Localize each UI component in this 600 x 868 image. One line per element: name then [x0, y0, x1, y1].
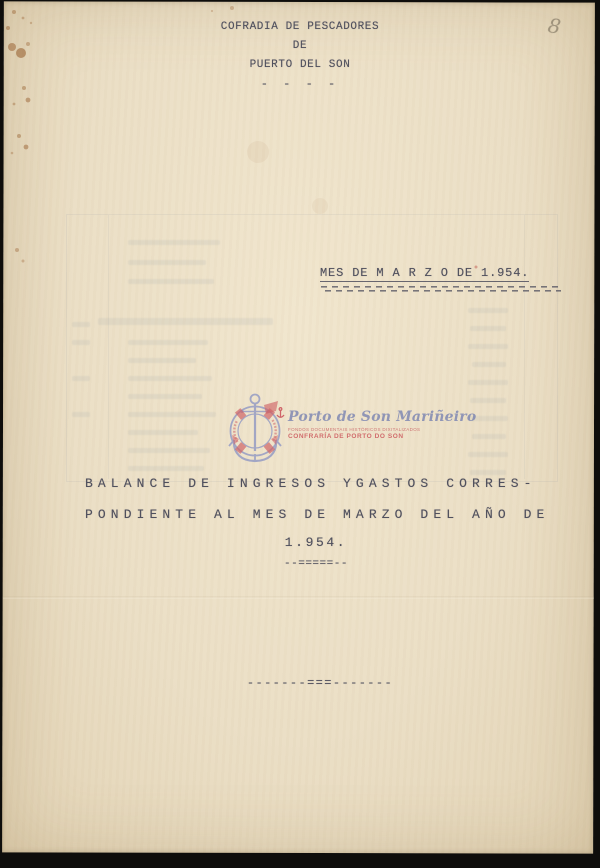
month-heading-text: MES DE M A R Z O DE 1.954.: [320, 266, 529, 282]
letterhead-separator: - - - -: [150, 75, 450, 94]
letterhead-org-line3: PUERTO DEL SON: [150, 56, 450, 75]
balance-title-block: BALANCE DE INGRESOS YGASTOS CORRES- POND…: [85, 468, 547, 572]
letterhead: COFRADIA DE PESCADORES DE PUERTO DEL SON…: [150, 18, 450, 94]
letterhead-org-line2: DE: [150, 37, 450, 56]
month-heading-double-underline: [321, 286, 561, 292]
stamp-anchor-icon: [276, 407, 285, 420]
stamp-archive-name: Porto de Son Mariñeiro: [288, 409, 468, 425]
archive-watermark-stamp: Porto de Son Mariñeiro FONDOS DOCUMENTAI…: [222, 391, 472, 467]
stamp-org-name: CONFRARÍA DE PORTO DO SON: [288, 433, 468, 440]
stamp-tagline: FONDOS DOCUMENTAIS HISTÓRICOS DIXITALIZA…: [288, 427, 468, 432]
anchor-lifering-emblem-icon: [222, 391, 288, 465]
balance-title-line2: PONDIENTE AL MES DE MARZO DEL AÑO DE: [85, 499, 547, 530]
footer-flourish: -------===-------: [170, 676, 470, 690]
month-heading: MES DE M A R Z O DE 1.954.: [320, 266, 529, 282]
balance-title-line1: BALANCE DE INGRESOS YGASTOS CORRES-: [85, 468, 547, 499]
balance-title-year: 1.954.: [85, 530, 547, 556]
balance-title-flourish: --=====--: [85, 556, 547, 572]
letterhead-org-line1: COFRADIA DE PESCADORES: [150, 18, 450, 37]
